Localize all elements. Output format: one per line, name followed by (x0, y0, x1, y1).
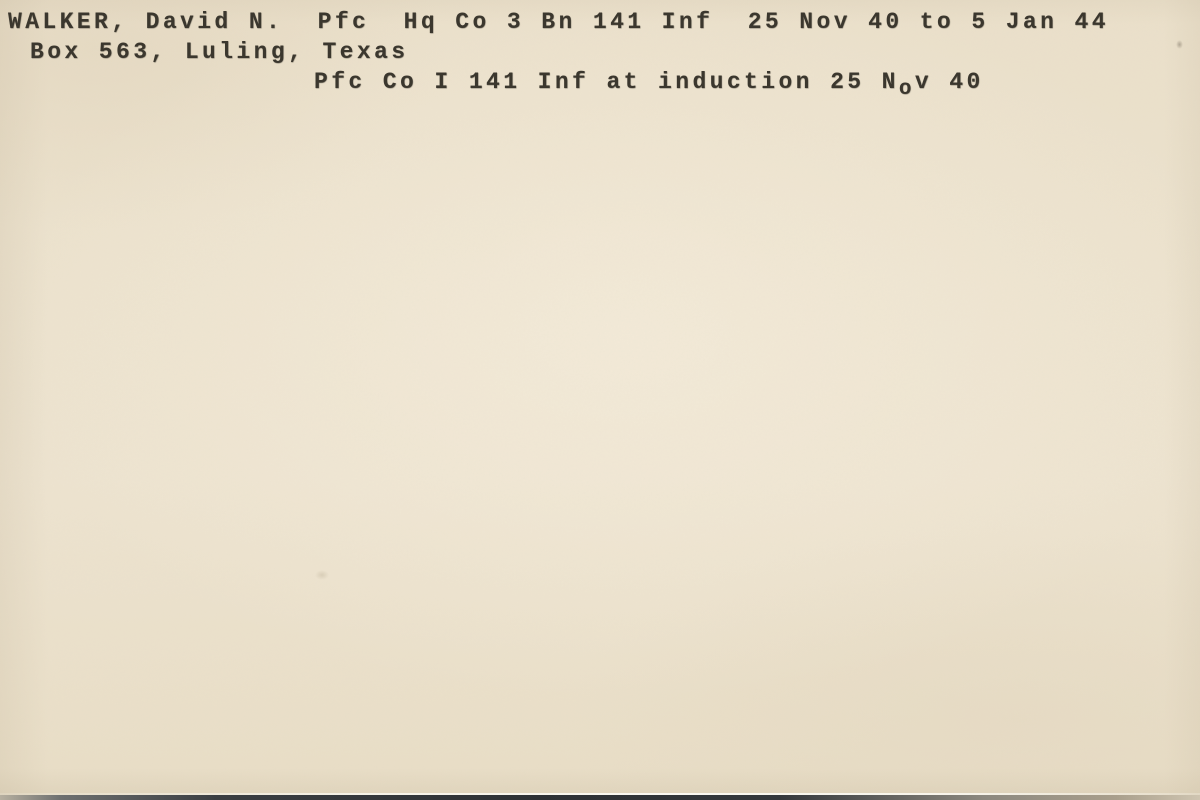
paper-vignette (0, 0, 1200, 800)
card-bottom-edge-shadow (0, 795, 1200, 800)
card-line-name-rank-unit-dates: WALKER, David N. Pfc Hq Co 3 Bn 141 Inf … (8, 7, 1109, 37)
paper-smudge (315, 570, 329, 580)
ink-speck (1176, 40, 1183, 49)
induction-text-post: v 40 (915, 69, 984, 95)
induction-text-pre: Pfc Co I 141 Inf at induction 25 N (314, 69, 899, 95)
card-line-induction: Pfc Co I 141 Inf at induction 25 Nov 40 (314, 67, 984, 99)
induction-dropped-letter: o (899, 78, 915, 101)
paper-texture (0, 0, 1200, 800)
index-card: WALKER, David N. Pfc Hq Co 3 Bn 141 Inf … (0, 0, 1200, 800)
card-line-address: Box 563, Luling, Texas (30, 37, 408, 67)
